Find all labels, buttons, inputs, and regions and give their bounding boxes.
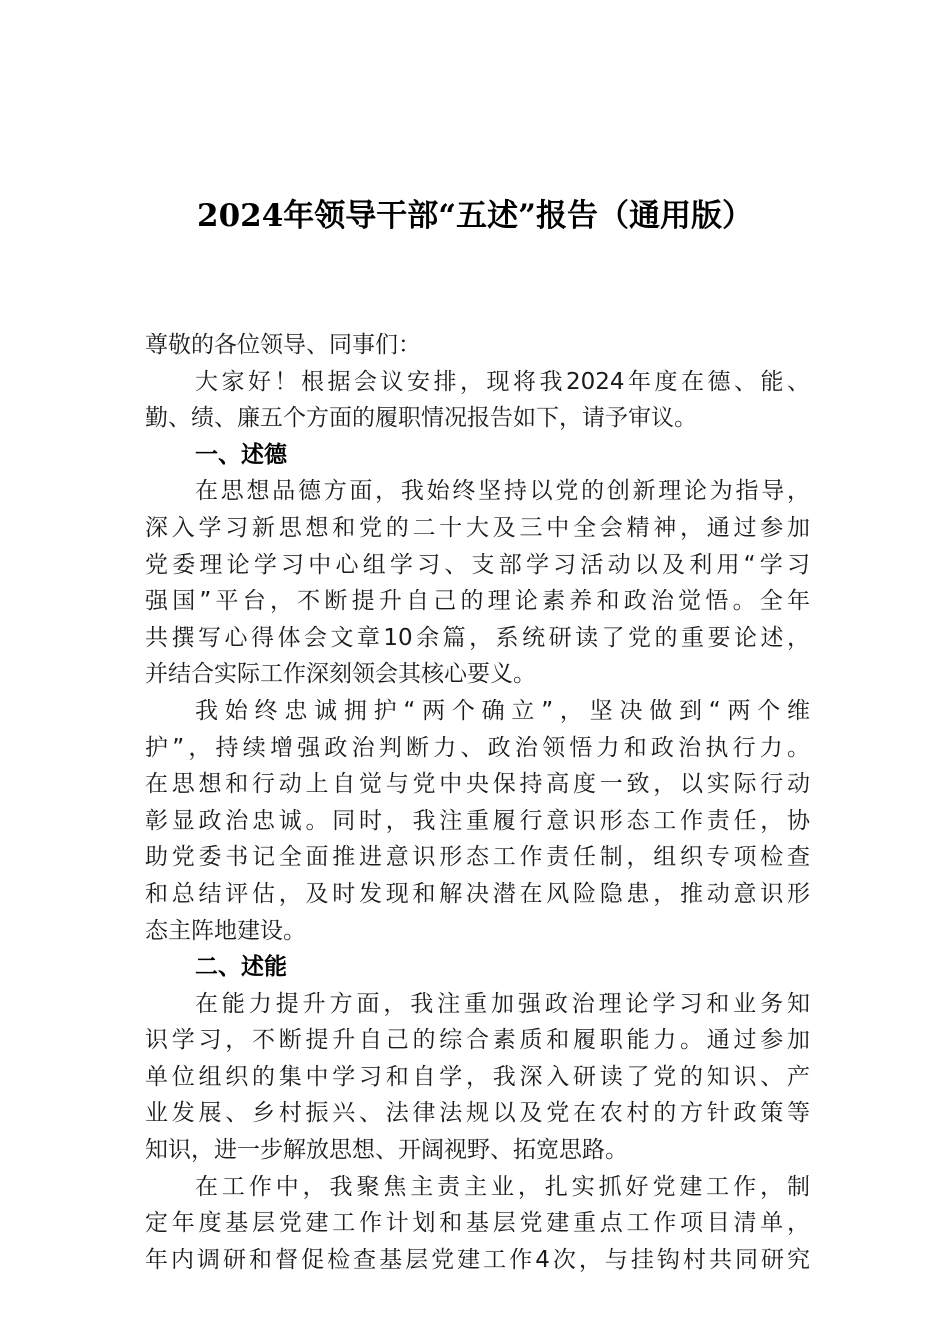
paragraph-line: 我始终忠诚拥护“两个确立”，坚决做到“两个维 [145, 693, 810, 730]
section-heading: 二、述能 [145, 949, 810, 986]
paragraph-line: 单位组织的集中学习和自学，我深入研读了党的知识、产 [145, 1059, 810, 1096]
intro-paragraph: 大家好！根据会议安排，现将我2024年度在德、能、 勤、绩、廉五个方面的履职情况… [145, 364, 810, 437]
paragraph-line: 态主阵地建设。 [145, 913, 810, 950]
paragraph: 我始终忠诚拥护“两个确立”，坚决做到“两个维 护”，持续增强政治判断力、政治领悟… [145, 693, 810, 949]
section-heading: 一、述德 [145, 437, 810, 474]
paragraph-line: 定年度基层党建工作计划和基层党建重点工作项目清单， [145, 1205, 810, 1242]
paragraph-line: 彰显政治忠诚。同时，我注重履行意识形态工作责任，协 [145, 803, 810, 840]
paragraph-line: 在思想和行动上自觉与党中央保持高度一致，以实际行动 [145, 766, 810, 803]
paragraph-line: 深入学习新思想和党的二十大及三中全会精神，通过参加 [145, 510, 810, 547]
paragraph: 在能力提升方面，我注重加强政治理论学习和业务知 识学习，不断提升自己的综合素质和… [145, 986, 810, 1169]
section-neng: 二、述能 在能力提升方面，我注重加强政治理论学习和业务知 识学习，不断提升自己的… [145, 949, 810, 1278]
document-body: 尊敬的各位领导、同事们： 大家好！根据会议安排，现将我2024年度在德、能、 勤… [145, 327, 810, 1278]
paragraph-line: 在工作中，我聚焦主责主业，扎实抓好党建工作，制 [145, 1169, 810, 1206]
paragraph-line: 识学习，不断提升自己的综合素质和履职能力。通过参加 [145, 1022, 810, 1059]
paragraph-line: 业发展、乡村振兴、法律法规以及党在农村的方针政策等 [145, 1095, 810, 1132]
paragraph: 在思想品德方面，我始终坚持以党的创新理论为指导， 深入学习新思想和党的二十大及三… [145, 473, 810, 693]
paragraph-line: 在能力提升方面，我注重加强政治理论学习和业务知 [145, 986, 810, 1023]
paragraph-line: 护”，持续增强政治判断力、政治领悟力和政治执行力。 [145, 730, 810, 767]
paragraph-line: 年内调研和督促检查基层党建工作4次，与挂钩村共同研究 [145, 1242, 810, 1279]
document-title: 2024年领导干部“五述”报告（通用版） [0, 194, 950, 238]
paragraph-line: 党委理论学习中心组学习、支部学习活动以及利用“学习 [145, 547, 810, 584]
paragraph-line: 助党委书记全面推进意识形态工作责任制，组织专项检查 [145, 839, 810, 876]
paragraph-line: 并结合实际工作深刻领会其核心要义。 [145, 656, 810, 693]
paragraph-line: 强国”平台，不断提升自己的理论素养和政治觉悟。全年 [145, 583, 810, 620]
paragraph-line: 和总结评估，及时发现和解决潜在风险隐患，推动意识形 [145, 876, 810, 913]
section-de: 一、述德 在思想品德方面，我始终坚持以党的创新理论为指导， 深入学习新思想和党的… [145, 437, 810, 949]
paragraph-line: 在思想品德方面，我始终坚持以党的创新理论为指导， [145, 473, 810, 510]
document-page: 2024年领导干部“五述”报告（通用版） 尊敬的各位领导、同事们： 大家好！根据… [0, 0, 950, 1344]
paragraph: 在工作中，我聚焦主责主业，扎实抓好党建工作，制 定年度基层党建工作计划和基层党建… [145, 1169, 810, 1279]
paragraph-line: 知识，进一步解放思想、开阔视野、拓宽思路。 [145, 1132, 810, 1169]
paragraph-line: 共撰写心得体会文章10余篇，系统研读了党的重要论述， [145, 620, 810, 657]
paragraph-line: 勤、绩、廉五个方面的履职情况报告如下，请予审议。 [145, 400, 810, 437]
salutation: 尊敬的各位领导、同事们： [145, 327, 810, 364]
paragraph-line: 大家好！根据会议安排，现将我2024年度在德、能、 [145, 364, 810, 401]
